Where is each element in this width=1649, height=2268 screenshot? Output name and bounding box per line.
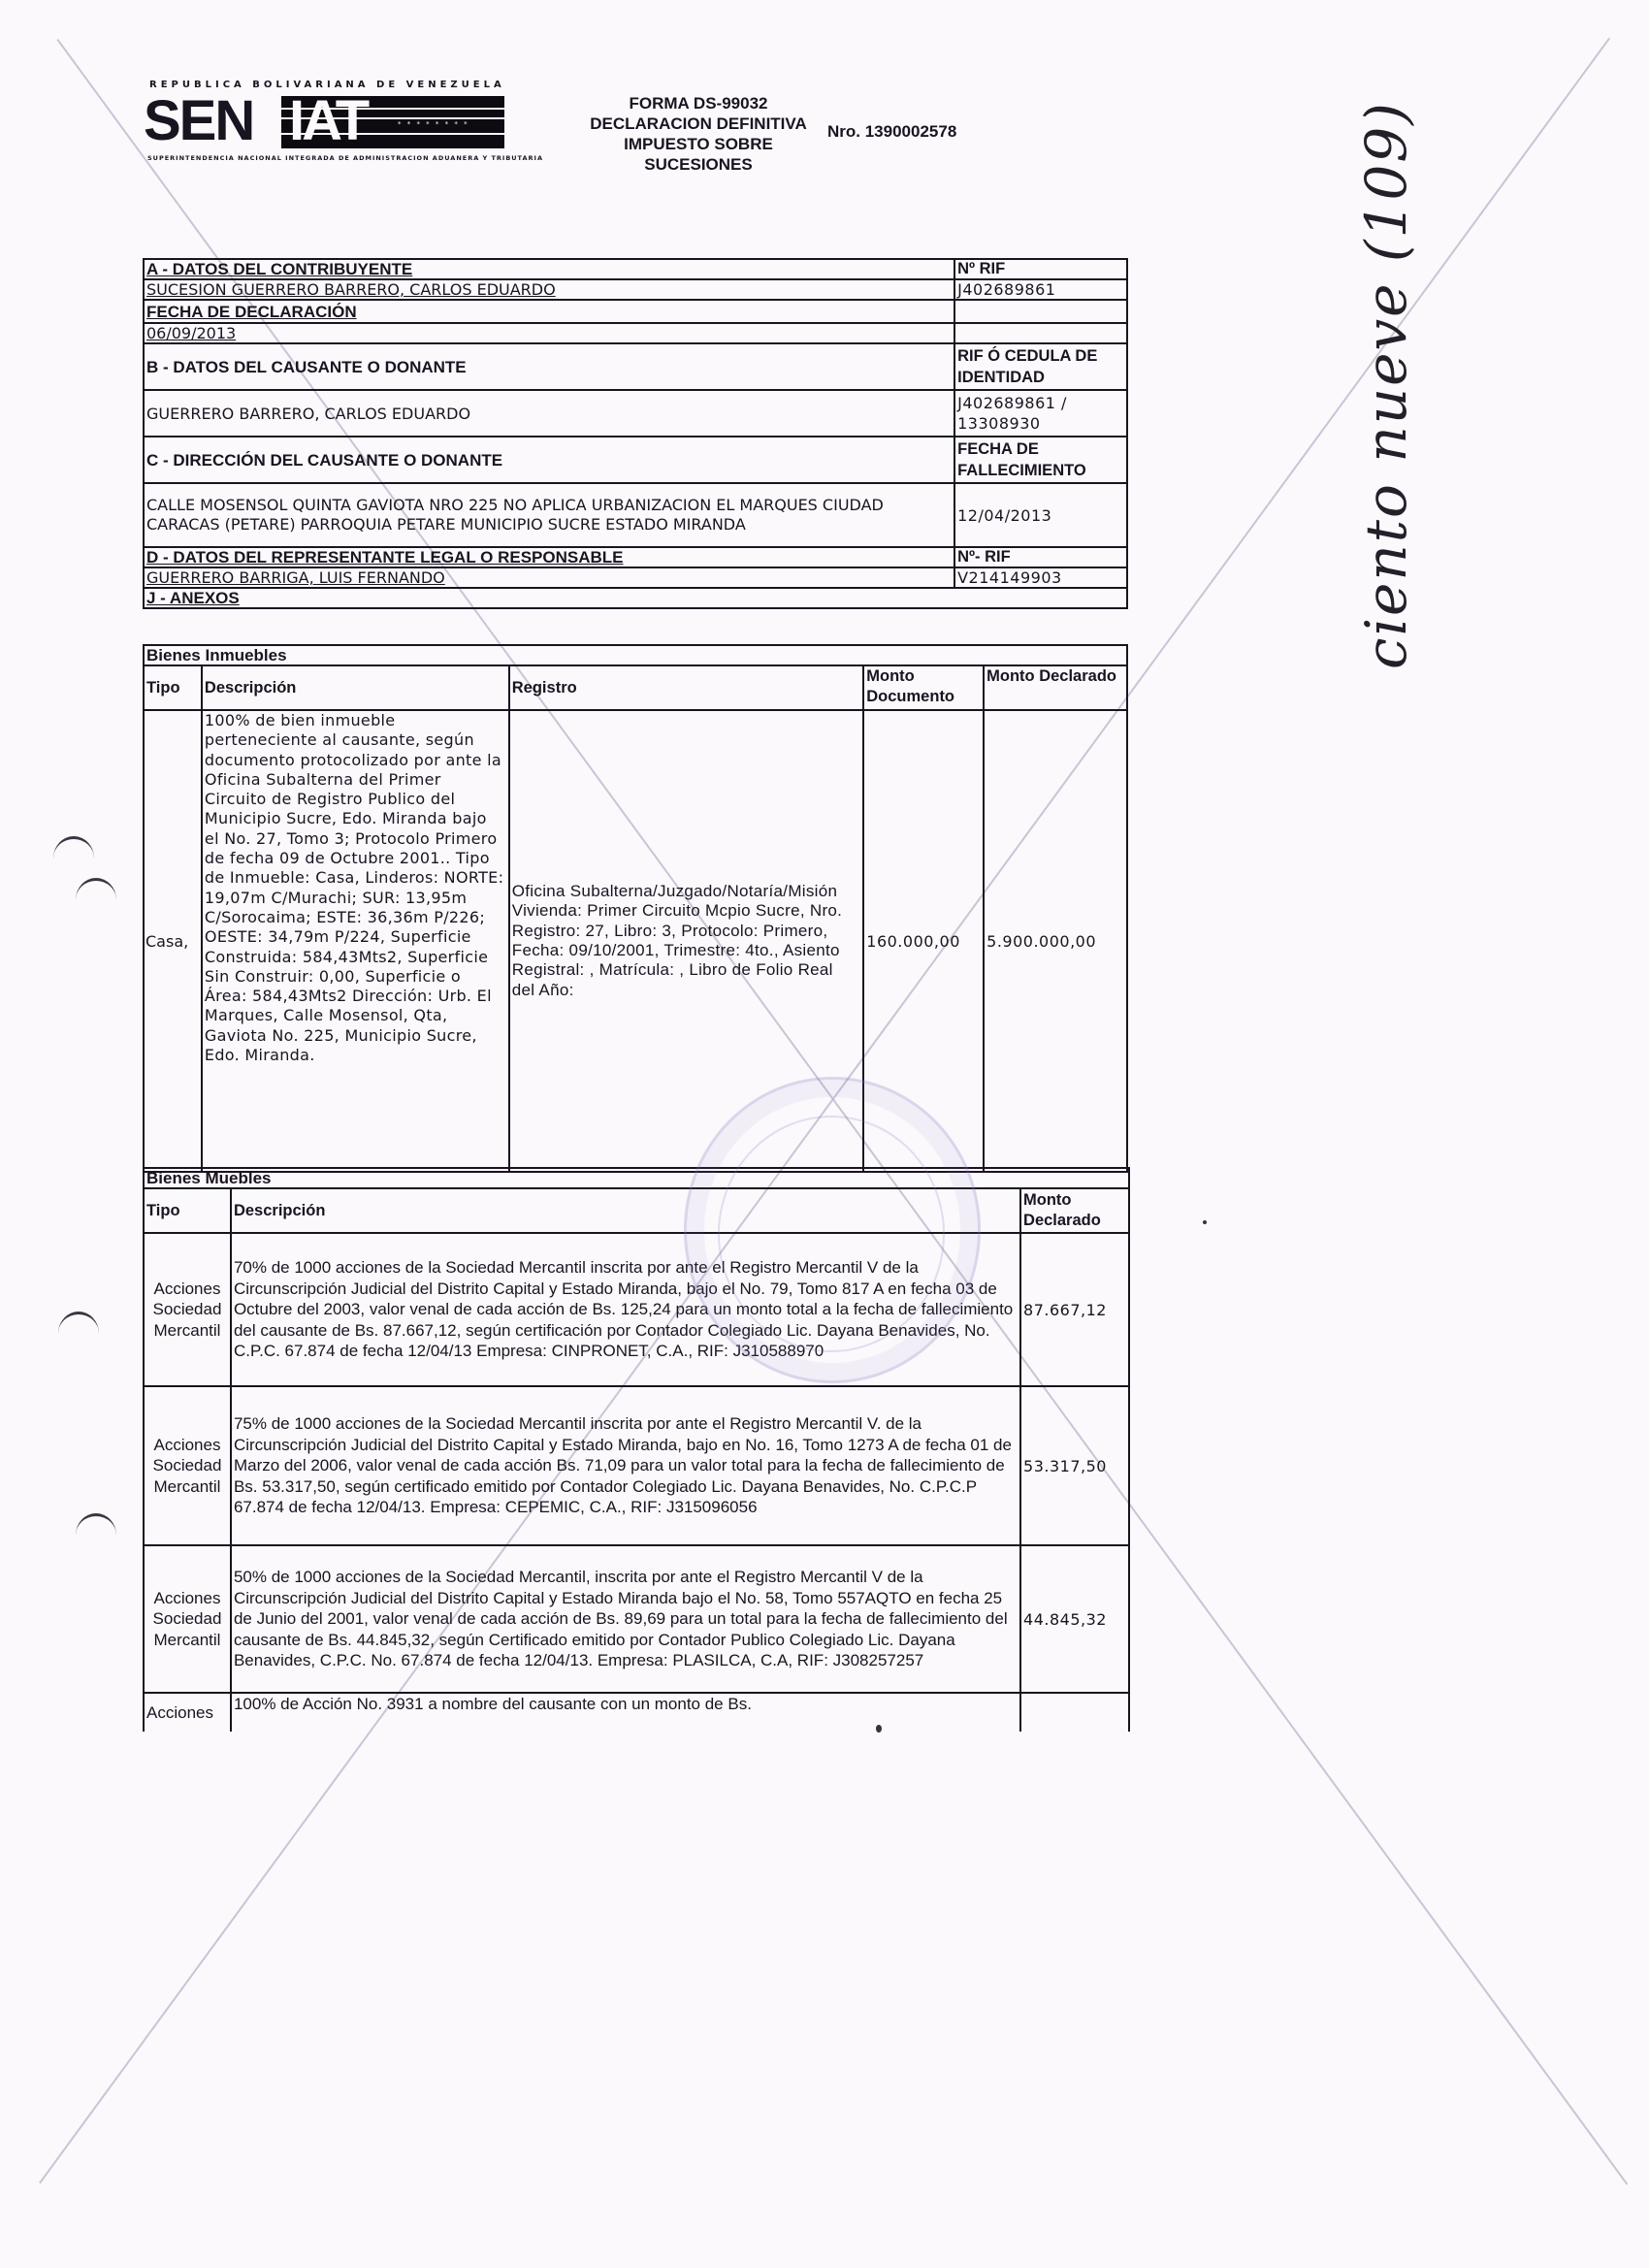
- bienes-muebles-title: Bienes Muebles: [144, 1168, 1129, 1188]
- fecha-declaracion: 06/09/2013: [144, 323, 954, 343]
- section-c-title: C - DIRECCIÓN DEL CAUSANTE O DONANTE: [144, 437, 954, 483]
- inmueble-monto-declarado: 5.900.000,00: [984, 710, 1127, 1172]
- punch-hole-mark: [58, 1312, 99, 1355]
- punch-hole-mark: [53, 836, 94, 880]
- table-row: Acciones 100% de Acción No. 3931 a nombr…: [144, 1693, 1129, 1732]
- scan-speck: [876, 1725, 882, 1733]
- mueble-descripcion: 50% de 1000 acciones de la Sociedad Merc…: [231, 1545, 1020, 1693]
- col-header-descripcion: Descripción: [202, 665, 509, 710]
- empty-cell: [954, 323, 1127, 343]
- section-j-title: J - ANEXOS: [144, 588, 1127, 608]
- mueble-monto: 87.667,12: [1020, 1233, 1129, 1386]
- col-header-monto-documento: Monto Documento: [863, 665, 984, 710]
- punch-hole-mark: [76, 1513, 116, 1557]
- col-header-monto-declarado: Monto Declarado: [1020, 1188, 1129, 1233]
- mueble-tipo: Acciones: [144, 1693, 231, 1732]
- mueble-monto: [1020, 1693, 1129, 1732]
- form-number: Nro. 1390002578: [827, 122, 956, 142]
- section-a-rif-label: Nº RIF: [954, 259, 1127, 279]
- fecha-fallecimiento: 12/04/2013: [954, 483, 1127, 547]
- scan-speck: [1203, 1220, 1207, 1224]
- inmueble-tipo: Casa,: [144, 710, 202, 1172]
- col-header-monto-declarado: Monto Declarado: [984, 665, 1127, 710]
- mueble-tipo: Acciones Sociedad Mercantil: [144, 1545, 231, 1693]
- bienes-inmuebles-table: Bienes Inmuebles Tipo Descripción Regist…: [143, 644, 1128, 1173]
- form-title-line: DECLARACION DEFINITIVA: [553, 113, 844, 134]
- bienes-muebles-table: Bienes Muebles Tipo Descripción Monto De…: [143, 1167, 1130, 1732]
- form-title: FORMA DS-99032 DECLARACION DEFINITIVA IM…: [553, 93, 844, 175]
- official-seal-stamp-inner: [718, 1116, 945, 1352]
- table-row: Acciones Sociedad Mercantil 50% de 1000 …: [144, 1545, 1129, 1693]
- fecha-declaracion-label: FECHA DE DECLARACIÓN: [144, 300, 954, 323]
- mueble-tipo: Acciones Sociedad Mercantil: [144, 1233, 231, 1386]
- form-title-line: SUCESIONES: [553, 154, 844, 175]
- logo-stars: * * * * * * * *: [398, 120, 469, 128]
- logo-brand-right: IAT: [289, 93, 367, 149]
- section-d-rif-label: Nº- RIF: [954, 547, 1127, 567]
- mueble-descripcion: 75% de 1000 acciones de la Sociedad Merc…: [231, 1386, 1020, 1545]
- causante-address: CALLE MOSENSOL QUINTA GAVIOTA NRO 225 NO…: [144, 483, 954, 547]
- mueble-tipo: Acciones Sociedad Mercantil: [144, 1386, 231, 1545]
- empty-cell: [954, 300, 1127, 323]
- handwritten-folio-note: ciento nueve (109): [1353, 101, 1419, 669]
- declaration-table: A - DATOS DEL CONTRIBUYENTE Nº RIF SUCES…: [143, 258, 1128, 609]
- col-header-tipo: Tipo: [144, 1188, 231, 1233]
- seniat-logo: REPUBLICA BOLIVARIANA DE VENEZUELA SEN I…: [144, 80, 512, 169]
- table-row: Acciones Sociedad Mercantil 70% de 1000 …: [144, 1233, 1129, 1386]
- form-title-line: FORMA DS-99032: [553, 93, 844, 113]
- section-b-id-label: RIF Ó CEDULA DE IDENTIDAD: [954, 343, 1127, 390]
- logo-brand-left: SEN: [144, 93, 253, 149]
- bienes-inmuebles-title: Bienes Inmuebles: [144, 645, 1127, 665]
- mueble-monto: 44.845,32: [1020, 1545, 1129, 1693]
- punch-hole-mark: [76, 878, 116, 922]
- section-c-fecha-label: FECHA DE FALLECIMIENTO: [954, 437, 1127, 483]
- mueble-monto: 53.317,50: [1020, 1386, 1129, 1545]
- representante-name: GUERRERO BARRIGA, LUIS FERNANDO: [144, 567, 954, 588]
- representante-rif: V214149903: [954, 567, 1127, 588]
- inmueble-descripcion: 100% de bien inmueble perteneciente al c…: [202, 710, 509, 1172]
- contribuyente-name: SUCESION GUERRERO BARRERO, CARLOS EDUARD…: [144, 279, 954, 300]
- contribuyente-rif: J402689861: [954, 279, 1127, 300]
- logo-agency-text: SUPERINTENDENCIA NACIONAL INTEGRADA DE A…: [147, 154, 543, 162]
- causante-name: GUERRERO BARRERO, CARLOS EDUARDO: [144, 390, 954, 437]
- section-b-title: B - DATOS DEL CAUSANTE O DONANTE: [144, 343, 954, 390]
- table-row: Acciones Sociedad Mercantil 75% de 1000 …: [144, 1386, 1129, 1545]
- col-header-registro: Registro: [509, 665, 864, 710]
- col-header-tipo: Tipo: [144, 665, 202, 710]
- section-d-title: D - DATOS DEL REPRESENTANTE LEGAL O RESP…: [144, 547, 954, 567]
- causante-id: J402689861 / 13308930: [954, 390, 1127, 437]
- mueble-descripcion: 100% de Acción No. 3931 a nombre del cau…: [231, 1693, 1020, 1732]
- section-a-title: A - DATOS DEL CONTRIBUYENTE: [144, 259, 954, 279]
- form-title-line: IMPUESTO SOBRE: [553, 134, 844, 154]
- table-row: Casa, 100% de bien inmueble pertenecient…: [144, 710, 1127, 1172]
